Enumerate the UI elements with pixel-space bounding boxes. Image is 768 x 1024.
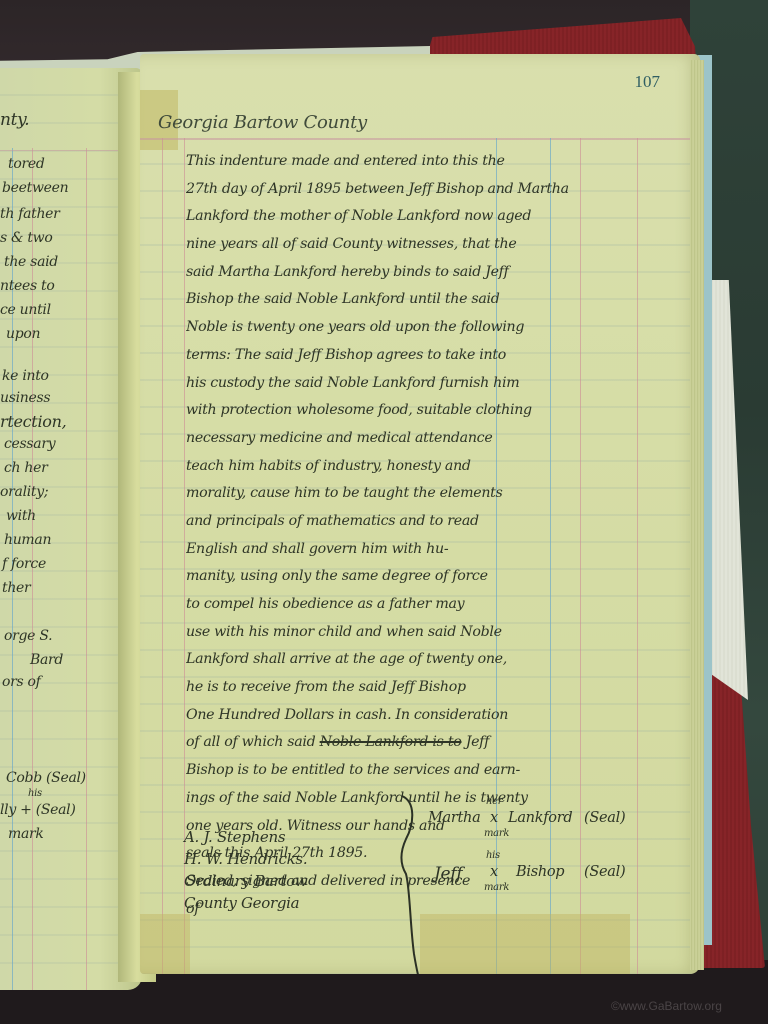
left-fragment: ce until — [0, 302, 51, 318]
page-number: 107 — [600, 72, 660, 92]
mark-x: x — [490, 864, 498, 880]
left-fragment: usiness — [0, 390, 50, 406]
signature-jeff: Jeff his x mark Bishop (Seal) — [428, 850, 688, 902]
left-fragment: rtection, — [0, 412, 66, 431]
left-fragment: ther — [2, 580, 30, 596]
text-fragment: of all of which said — [186, 734, 315, 750]
left-fragment: the said — [4, 254, 58, 270]
text-line-with-strike: of all of which said Noble Lankford is t… — [186, 729, 686, 757]
text-line: 27th day of April 1895 between Jeff Bish… — [186, 176, 686, 204]
page-stain — [140, 914, 190, 974]
struck-text: Noble Lankford is to — [320, 734, 462, 750]
text-line: morality, cause him to be taught the ele… — [186, 480, 686, 508]
left-fragment: ke into — [2, 368, 49, 384]
left-fragment: Cobb (Seal) — [6, 770, 86, 786]
text-line: nine years all of said County witnesses,… — [186, 231, 686, 259]
text-line: with protection wholesome food, suitable… — [186, 397, 686, 425]
signature-last-name: Bishop — [516, 864, 564, 880]
signature-first-name: Martha — [428, 810, 480, 826]
left-fragment: mark — [8, 826, 44, 842]
text-line: Bishop is to be entitled to the services… — [186, 757, 686, 785]
column-rule — [86, 148, 87, 990]
text-line: Bishop the said Noble Lankford until the… — [186, 286, 686, 314]
copyright-watermark: ©www.GaBartow.org — [611, 999, 722, 1013]
signature-martha: Martha her x mark Lankford (Seal) — [428, 796, 688, 848]
text-line: Lankford the mother of Noble Lankford no… — [186, 203, 686, 231]
left-fragment: human — [4, 532, 51, 548]
text-fragment: Jeff — [466, 734, 489, 750]
county-heading: Georgia Bartow County — [158, 112, 367, 133]
witness-name: A. J. Stephens — [184, 826, 404, 848]
left-fragment: ors of — [2, 674, 41, 690]
left-fragment: nty. — [0, 110, 29, 130]
party-signatures: Martha her x mark Lankford (Seal) Jeff h… — [428, 796, 688, 902]
header-rule — [140, 138, 700, 140]
text-line: Lankford shall arrive at the age of twen… — [186, 646, 686, 674]
text-line: manity, using only the same degree of fo… — [186, 563, 686, 591]
left-fragment: upon — [6, 326, 40, 342]
margin-rule — [162, 138, 163, 974]
mark-label-below: mark — [484, 828, 509, 839]
text-line: teach him habits of industry, honesty an… — [186, 453, 686, 481]
mark-x: x — [490, 810, 498, 826]
text-line: his custody the said Noble Lankford furn… — [186, 370, 686, 398]
left-fragment: orge S. — [4, 628, 52, 644]
witness-name: H. W. Hendricks. — [184, 848, 404, 870]
mark-label-above: his — [486, 850, 500, 861]
seal-label: (Seal) — [584, 864, 625, 880]
text-line: he is to receive from the said Jeff Bish… — [186, 674, 686, 702]
mark-label-below: mark — [484, 882, 509, 893]
text-line: and principals of mathematics and to rea… — [186, 508, 686, 536]
left-fragment: s & two — [0, 230, 53, 246]
left-fragment: th father — [0, 206, 60, 222]
left-fragment: his — [28, 788, 42, 799]
witness-signatures: A. J. Stephens H. W. Hendricks. Ordinary… — [184, 826, 404, 914]
mark-label-above: her — [486, 796, 502, 807]
text-line: necessary medicine and medical attendanc… — [186, 425, 686, 453]
page-stack-edges — [690, 60, 704, 970]
text-line: to compel his obedience as a father may — [186, 591, 686, 619]
left-fragment: orality; — [0, 484, 48, 500]
text-line: use with his minor child and when said N… — [186, 619, 686, 647]
left-fragment: lly + (Seal) — [0, 802, 76, 818]
signature-brace — [396, 794, 426, 974]
left-fragment: ch her — [4, 460, 48, 476]
text-line: terms: The said Jeff Bishop agrees to ta… — [186, 342, 686, 370]
signature-last-name: Lankford — [508, 810, 572, 826]
witness-title: County Georgia — [184, 892, 404, 914]
witness-title: Ordinary Bartow — [184, 870, 404, 892]
left-fragment: ntees to — [0, 278, 55, 294]
text-line: One Hundred Dollars in cash. In consider… — [186, 702, 686, 730]
left-fragment: with — [6, 508, 36, 524]
text-line: Noble is twenty one years old upon the f… — [186, 314, 686, 342]
left-fragment: cessary — [4, 436, 55, 452]
right-page: 107 Georgia Bartow County This indenture… — [140, 54, 700, 974]
left-fragment: Bard — [30, 652, 63, 668]
left-fragment: f force — [2, 556, 46, 572]
left-fragment: tored — [8, 156, 45, 172]
text-line: English and shall govern him with hu- — [186, 536, 686, 564]
signature-first-name: Jeff — [434, 864, 462, 884]
text-line: This indenture made and entered into thi… — [186, 148, 686, 176]
seal-label: (Seal) — [584, 810, 625, 826]
text-line: said Martha Lankford hereby binds to sai… — [186, 259, 686, 287]
left-fragment: beetween — [2, 180, 68, 196]
